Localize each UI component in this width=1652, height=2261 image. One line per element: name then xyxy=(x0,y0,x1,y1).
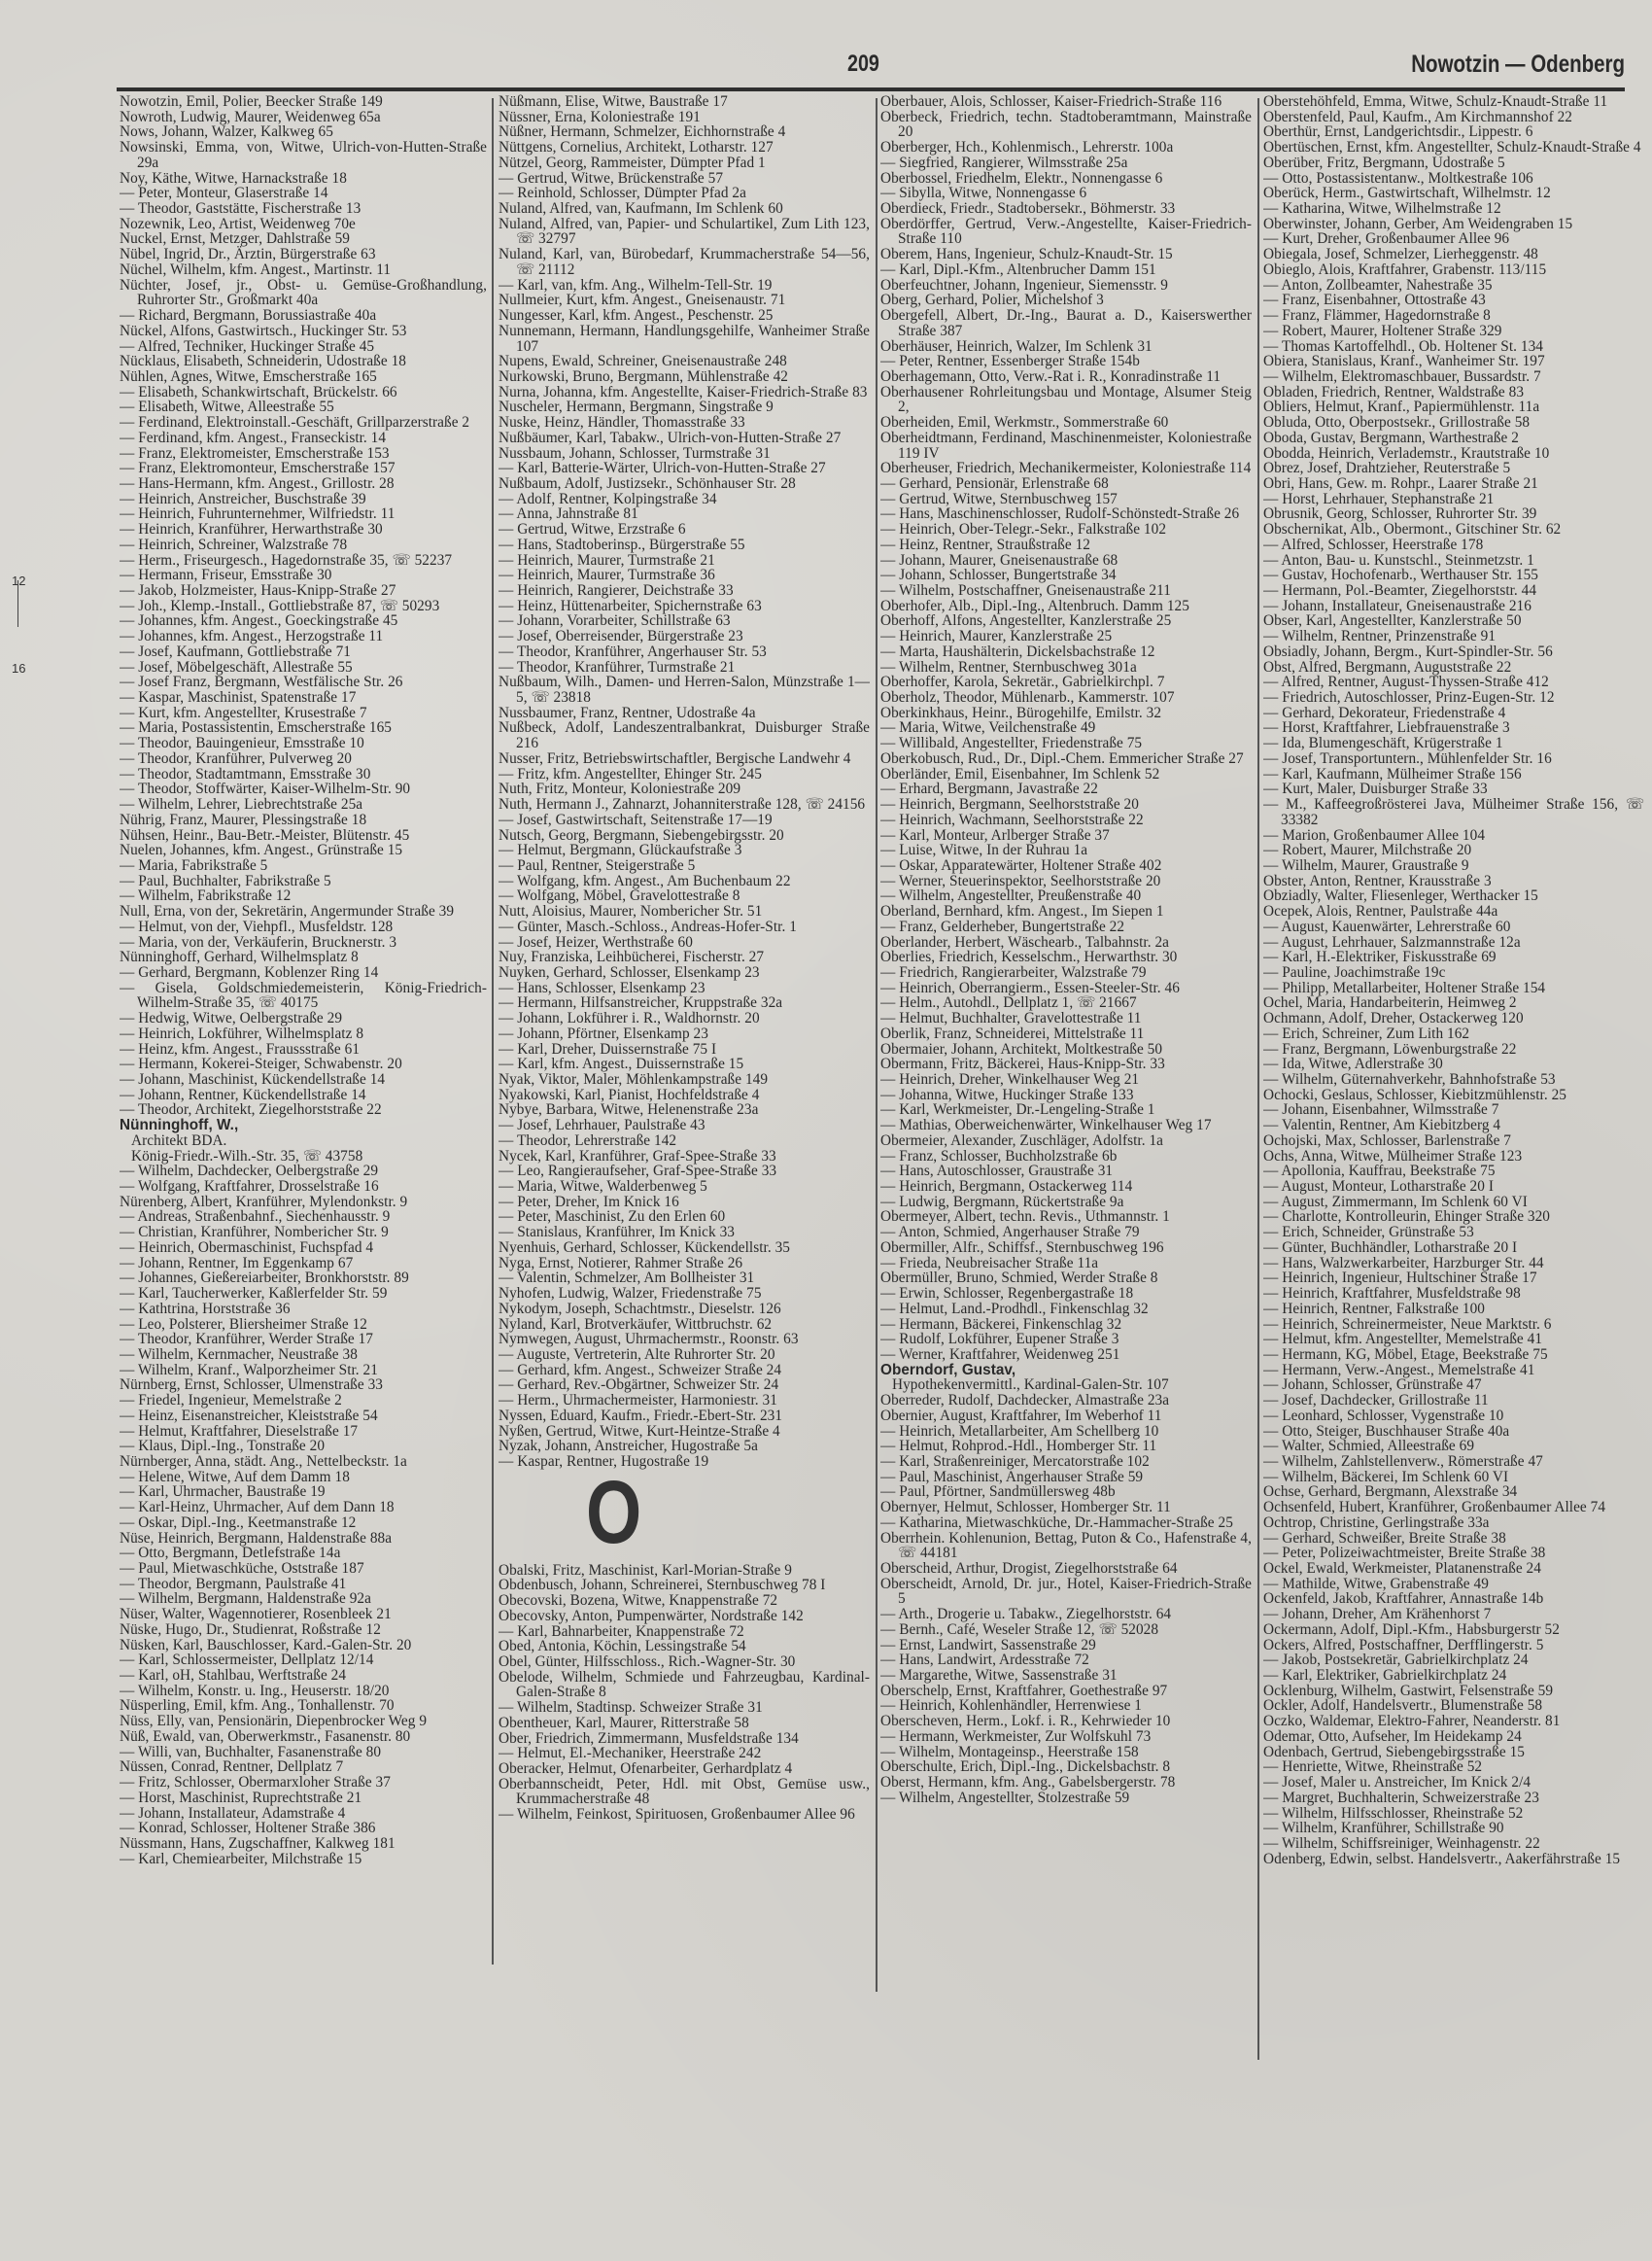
directory-subentry: — Anna, Jahnstraße 81 xyxy=(499,506,870,522)
directory-entry: Nuth, Fritz, Monteur, Koloniestraße 209 xyxy=(499,782,870,797)
directory-entry: Obster, Anton, Rentner, Krausstraße 3 xyxy=(1263,874,1644,889)
directory-subentry: — Karl, Batterie-Wärter, Ulrich-von-Hutt… xyxy=(499,461,870,476)
directory-subentry: — Theodor, Kranführer, Werder Straße 17 xyxy=(120,1332,487,1347)
directory-subentry: — Apollonia, Kauffrau, Beekstraße 75 xyxy=(1263,1164,1644,1179)
directory-subentry: — Bernh., Café, Weseler Straße 12, ☏ 520… xyxy=(880,1622,1252,1638)
directory-subentry: — Kurt, kfm. Angestellter, Krusestraße 7 xyxy=(120,706,487,721)
directory-subentry: — Wilhelm, Kranführer, Schillstraße 90 xyxy=(1263,1821,1644,1836)
directory-subentry: — Hans, Walzwerkarbeiter, Harzburger Str… xyxy=(1263,1256,1644,1271)
directory-subentry: — Johann, Lokführer i. R., Waldhornstr. … xyxy=(499,1011,870,1026)
directory-subentry: — Johann, Vorarbeiter, Schillstraße 63 xyxy=(499,613,870,629)
directory-entry: Odenberg, Edwin, selbst. Handelsvertr., … xyxy=(1263,1852,1644,1867)
directory-subentry: — Wilhelm, Angestellter, Stolzestraße 59 xyxy=(880,1791,1252,1806)
directory-subentry: — Heinz, Eisenanstreicher, Kleiststraße … xyxy=(120,1409,487,1424)
directory-subentry: — Wilhelm, Postschaffner, Gneisenaustraß… xyxy=(880,583,1252,599)
directory-subentry: — Oskar, Dipl.-Ing., Keetmanstraße 12 xyxy=(120,1515,487,1531)
directory-subentry: — Hermann, Verw.-Angest., Memelstraße 41 xyxy=(1263,1363,1644,1378)
directory-entry: Odenbach, Gertrud, Siebengebirgsstraße 1… xyxy=(1263,1745,1644,1760)
directory-entry: Nowsinski, Emma, von, Witwe, Ulrich-von-… xyxy=(120,140,487,170)
directory-entry: Nühlen, Agnes, Witwe, Emscherstraße 165 xyxy=(120,369,487,385)
directory-entry-highlight: Nünninghoff, W., xyxy=(120,1118,487,1133)
directory-subentry: — Hermann, Pol.-Beamter, Ziegelhorststr.… xyxy=(1263,583,1644,599)
directory-subentry: — Paul, Mietwaschküche, Oststraße 187 xyxy=(120,1561,487,1577)
directory-entry: Nuscheler, Hermann, Bergmann, Singstraße… xyxy=(499,400,870,415)
directory-subentry: — Johanna, Witwe, Huckinger Straße 133 xyxy=(880,1088,1252,1103)
directory-entry: Oberück, Herm., Gastwirtschaft, Wilhelms… xyxy=(1263,186,1644,201)
directory-subentry: — Maria, Witwe, Walderbenweg 5 xyxy=(499,1179,870,1195)
directory-entry: Nuth, Hermann J., Zahnarzt, Johanniterst… xyxy=(499,797,870,813)
directory-subentry: — Heinrich, Obermaschinist, Fuchspfad 4 xyxy=(120,1240,487,1256)
directory-entry: Ochtrop, Christine, Gerlingstraße 33a xyxy=(1263,1515,1644,1531)
directory-subentry: — Thomas Kartoffelhdl., Ob. Holtener St.… xyxy=(1263,339,1644,355)
directory-subentry: — Gerhard, Bergmann, Koblenzer Ring 14 xyxy=(120,965,487,981)
directory-subentry: — Heinz, Hüttenarbeiter, Spichernstraße … xyxy=(499,599,870,614)
directory-entry: Obel, Günter, Hilfsschloss., Rich.-Wagne… xyxy=(499,1654,870,1670)
directory-entry: Nows, Johann, Walzer, Kalkweg 65 xyxy=(120,124,487,140)
directory-entry: Obermeyer, Albert, techn. Revis., Uthman… xyxy=(880,1209,1252,1225)
directory-entry: Obluda, Otto, Oberpostsekr., Grillostraß… xyxy=(1263,415,1644,431)
directory-entry: Ochse, Gerhard, Bergmann, Alexstraße 34 xyxy=(1263,1484,1644,1500)
directory-subentry: — Leo, Polsterer, Bliersheimer Straße 12 xyxy=(120,1317,487,1333)
directory-subentry: — Karl, Dipl.-Kfm., Altenbrucher Damm 15… xyxy=(880,262,1252,278)
directory-subentry: — Heinrich, Kohlenhändler, Herrenwiese 1 xyxy=(880,1698,1252,1714)
directory-subentry: — Willi, van, Buchhalter, Fasanenstraße … xyxy=(120,1745,487,1760)
column-1: Nowotzin, Emil, Polier, Beecker Straße 1… xyxy=(120,94,487,1866)
directory-entry: Obertüschen, Ernst, kfm. Angestellter, S… xyxy=(1263,140,1644,156)
directory-entry: Oberheiden, Emil, Werkmstr., Sommerstraß… xyxy=(880,415,1252,431)
directory-subentry: — Paul, Maschinist, Angerhauser Straße 5… xyxy=(880,1470,1252,1485)
directory-subentry: — Helmut, El.-Mechaniker, Heerstraße 242 xyxy=(499,1746,870,1761)
directory-subentry: — Josef, Oberreisender, Bürgerstraße 23 xyxy=(499,629,870,644)
directory-subentry: — Fritz, Schlosser, Obermarxloher Straße… xyxy=(120,1775,487,1791)
directory-entry: Nyak, Viktor, Maler, Möhlenkampstraße 14… xyxy=(499,1072,870,1088)
directory-subentry: — Mathias, Oberweichenwärter, Winkelhaus… xyxy=(880,1118,1252,1133)
directory-subentry: — Heinrich, Ober-Telegr.-Sekr., Falkstra… xyxy=(880,522,1252,538)
directory-subentry: — Wilhelm, Feinkost, Spirituosen, Großen… xyxy=(499,1807,870,1823)
directory-entry: Nuland, Alfred, van, Kaufmann, Im Schlen… xyxy=(499,201,870,217)
directory-subentry: — Friedrich, Autoschlosser, Prinz-Eugen-… xyxy=(1263,690,1644,706)
directory-entry: Oberdörffer, Gertrud, Verw.-Angestellte,… xyxy=(880,217,1252,247)
directory-subentry: — Franz, Schlosser, Buchholzstraße 6b xyxy=(880,1149,1252,1165)
directory-subentry: — Ida, Witwe, Adlerstraße 30 xyxy=(1263,1057,1644,1072)
directory-entry: Oberstenfeld, Paul, Kaufm., Am Kirchmann… xyxy=(1263,110,1644,125)
directory-subentry: — Friedel, Ingenieur, Memelstraße 2 xyxy=(120,1393,487,1409)
directory-subentry: — Katharina, Witwe, Wilhelmstraße 12 xyxy=(1263,201,1644,217)
directory-subentry: — Horst, Kraftfahrer, Liebfrauenstraße 3 xyxy=(1263,720,1644,736)
directory-columns: Nowotzin, Emil, Polier, Beecker Straße 1… xyxy=(0,94,1652,2261)
directory-subentry: — Gertrud, Witwe, Erzstraße 6 xyxy=(499,522,870,538)
entry-name: Nünninghoff, W., xyxy=(120,1117,238,1133)
directory-entry: Obodda, Heinrich, Verlademstr., Krautstr… xyxy=(1263,446,1644,462)
directory-entry: Ochojski, Max, Schlosser, Barlenstraße 7 xyxy=(1263,1133,1644,1149)
directory-subentry: — Heinrich, Dreher, Winkelhauser Weg 21 xyxy=(880,1072,1252,1088)
directory-subentry: — Karl, Chemiearbeiter, Milchstraße 15 xyxy=(120,1852,487,1867)
directory-subentry: — Karl, Bahnarbeiter, Knappenstraße 72 xyxy=(499,1624,870,1640)
directory-entry: Oberg, Gerhard, Polier, Michelshof 3 xyxy=(880,293,1252,308)
directory-subentry: — Helmut, Bergmann, Glückaufstraße 3 xyxy=(499,843,870,858)
directory-subentry: — Karl, Taucherwerker, Kaßlerfelder Str.… xyxy=(120,1286,487,1302)
directory-subentry: — Franz, Gelderheber, Bungertstraße 22 xyxy=(880,920,1252,935)
directory-subentry: — Karl, Kaufmann, Mülheimer Straße 156 xyxy=(1263,767,1644,783)
directory-subentry: — Reinhold, Schlosser, Dümpter Pfad 2a xyxy=(499,186,870,201)
directory-entry: Nuelen, Johannes, kfm. Angest., Grünstra… xyxy=(120,843,487,858)
directory-subentry: — Maria, Fabrikstraße 5 xyxy=(120,858,487,874)
directory-subentry: — Hans, Maschinenschlosser, Rudolf-Schön… xyxy=(880,506,1252,522)
directory-entry: Nussbaumer, Franz, Rentner, Udostraße 4a xyxy=(499,706,870,721)
directory-subentry: — Johann, Installateur, Gneisenaustraße … xyxy=(1263,599,1644,614)
directory-subentry: — Karl, Elektriker, Gabrielkirchplatz 24 xyxy=(1263,1668,1644,1684)
directory-subentry: — Kurt, Maler, Duisburger Straße 33 xyxy=(1263,782,1644,797)
directory-subentry: — Karl, H.-Elektriker, Fiskusstraße 69 xyxy=(1263,950,1644,965)
directory-entry: Oberthür, Ernst, Landgerichtsdir., Lippe… xyxy=(1263,124,1644,140)
directory-subentry: — Theodor, Stadtamtmann, Emsstraße 30 xyxy=(120,767,487,783)
directory-subentry: — Wilhelm, Montageinsp., Heerstraße 158 xyxy=(880,1745,1252,1760)
directory-entry: Nunnemann, Hermann, Handlungsgehilfe, Wa… xyxy=(499,324,870,354)
directory-entry: Nuy, Franziska, Leihbücherei, Fischerstr… xyxy=(499,950,870,965)
directory-entry: Obrusnik, Georg, Schlosser, Ruhrorter St… xyxy=(1263,506,1644,522)
directory-subentry: — Wilhelm, Schiffsreiniger, Weinhagenstr… xyxy=(1263,1836,1644,1852)
directory-subentry: — Josef, Transportuntern., Mühlenfelder … xyxy=(1263,751,1644,767)
directory-entry: Oberbannscheidt, Peter, Hdl. mit Obst, G… xyxy=(499,1777,870,1807)
column-3: Oberbauer, Alois, Schlosser, Kaiser-Frie… xyxy=(880,94,1252,1806)
directory-subentry: — Gertrud, Witwe, Brückenstraße 57 xyxy=(499,171,870,187)
section-letter: O xyxy=(499,1470,870,1563)
directory-entry: Ochs, Anna, Witwe, Mülheimer Straße 123 xyxy=(1263,1149,1644,1165)
directory-subentry: — Theodor, Bergmann, Paulstraße 41 xyxy=(120,1577,487,1592)
directory-subentry: — Josef, Kaufmann, Gottliebstraße 71 xyxy=(120,644,487,660)
page-header: 209 Nowotzin — Odenberg xyxy=(107,51,1625,84)
directory-subentry: — Margarethe, Witwe, Sassenstraße 31 xyxy=(880,1668,1252,1684)
directory-entry: Oberacker, Helmut, Ofenarbeiter, Gerhard… xyxy=(499,1761,870,1777)
directory-subentry: — Peter, Maschinist, Zu den Erlen 60 xyxy=(499,1209,870,1225)
directory-entry: Nutt, Aloisius, Maurer, Nombericher Str.… xyxy=(499,904,870,920)
directory-subentry: — Josef, Gastwirtschaft, Seitenstraße 17… xyxy=(499,813,870,828)
directory-entry: Ockers, Alfred, Postschaffner, Derffling… xyxy=(1263,1638,1644,1653)
directory-subentry: — Wilhelm, Zahlstellenverw., Römerstraße… xyxy=(1263,1454,1644,1470)
directory-subentry: — Helmut, kfm. Angestellter, Memelstraße… xyxy=(1263,1332,1644,1347)
directory-entry: Oberhäuser, Heinrich, Walzer, Im Schlenk… xyxy=(880,339,1252,355)
directory-entry: Nübel, Ingrid, Dr., Ärztin, Bürgerstraße… xyxy=(120,247,487,262)
directory-entry: Nüsken, Karl, Bauschlosser, Kard.-Galen-… xyxy=(120,1638,487,1653)
directory-entry: Ober, Friedrich, Zimmermann, Musfeldstra… xyxy=(499,1731,870,1747)
directory-subentry: — Gerhard, Dekorateur, Friedenstraße 4 xyxy=(1263,706,1644,721)
directory-subentry: — Heinrich, Bergmann, Ostackerweg 114 xyxy=(880,1179,1252,1195)
directory-entry: Nühsen, Heinr., Bau-Betr.-Meister, Blüte… xyxy=(120,828,487,844)
directory-entry: Nücklaus, Elisabeth, Schneiderin, Udostr… xyxy=(120,354,487,369)
directory-subentry: — Otto, Bergmann, Detlefstraße 14a xyxy=(120,1546,487,1561)
directory-subentry: — Wilhelm, Konstr. u. Ing., Heuserstr. 1… xyxy=(120,1684,487,1699)
directory-entry: Nungesser, Karl, kfm. Angest., Peschenst… xyxy=(499,308,870,324)
directory-subentry: — Werner, Steuerinspektor, Seelhorststra… xyxy=(880,874,1252,889)
directory-entry: Nyhofen, Ludwig, Walzer, Friedenstraße 7… xyxy=(499,1286,870,1302)
directory-subentry: — Ferdinand, Elektroinstall.-Geschäft, G… xyxy=(120,415,487,431)
directory-subentry: — Anton, Schmied, Angerhauser Straße 79 xyxy=(880,1225,1252,1240)
directory-subentry: — Heinrich, Maurer, Turmstraße 21 xyxy=(499,553,870,569)
directory-entry: Ockenfeld, Jakob, Kraftfahrer, Annastraß… xyxy=(1263,1591,1644,1607)
directory-subentry: — Paul, Rentner, Steigerstraße 5 xyxy=(499,858,870,874)
directory-entry: Nußbaum, Adolf, Justizsekr., Schönhauser… xyxy=(499,476,870,492)
directory-subentry: — Wilhelm, Fabrikstraße 12 xyxy=(120,888,487,904)
directory-entry: Nuske, Heinz, Händler, Thomasstraße 33 xyxy=(499,415,870,431)
directory-subentry: — Wilhelm, Bergmann, Haldenstraße 92a xyxy=(120,1591,487,1607)
directory-entry: Oberhausener Rohrleitungsbau und Montage… xyxy=(880,385,1252,415)
directory-subentry: — Franz, Bergmann, Löwenburgstraße 22 xyxy=(1263,1042,1644,1058)
directory-subentry: — Fritz, kfm. Angestellter, Ehinger Str.… xyxy=(499,767,870,783)
directory-subentry: — Johann, Installateur, Adamstraße 4 xyxy=(120,1806,487,1822)
directory-entry: Nüchter, Josef, jr., Obst- u. Gemüse-Gro… xyxy=(120,278,487,308)
directory-subentry: — Herm., Uhrmachermeister, Harmoniestr. … xyxy=(499,1393,870,1409)
directory-subentry: — Otto, Postassistentanw., Moltkestraße … xyxy=(1263,171,1644,187)
directory-subentry: — Theodor, Kranführer, Turmstraße 21 xyxy=(499,660,870,676)
directory-entry: Nuland, Alfred, van, Papier- und Schular… xyxy=(499,217,870,247)
directory-subentry: — Johann, Eisenbahner, Wilmsstraße 7 xyxy=(1263,1102,1644,1118)
directory-subentry: — Wilhelm, Elektromaschbauer, Bussardstr… xyxy=(1263,369,1644,385)
directory-subentry: — Heinrich, Maurer, Turmstraße 36 xyxy=(499,568,870,583)
directory-subentry: — Karl, Werkmeister, Dr.-Lengeling-Straß… xyxy=(880,1102,1252,1118)
directory-entry: Obieglo, Alois, Kraftfahrer, Grabenstr. … xyxy=(1263,262,1644,278)
directory-subentry: — Pauline, Joachimstraße 19c xyxy=(1263,965,1644,981)
directory-subentry: — Franz, Elektromeister, Emscherstraße 1… xyxy=(120,446,487,462)
directory-subentry: — Mathilde, Witwe, Grabenstraße 49 xyxy=(1263,1577,1644,1592)
directory-entry: Oberheuser, Friedrich, Mechanikermeister… xyxy=(880,461,1252,476)
directory-subentry: — Gerhard, Rev.-Obgärtner, Schweizer Str… xyxy=(499,1377,870,1393)
directory-subentry: — Friedrich, Rangierarbeiter, Walzstraße… xyxy=(880,965,1252,981)
directory-subentry: — Karl, Straßenreiniger, Mercatorstraße … xyxy=(880,1454,1252,1470)
directory-entry: Nünninghoff, Gerhard, Wilhelmsplatz 8 xyxy=(120,950,487,965)
directory-entry: Ochocki, Geslaus, Schlosser, Kiebitzmühl… xyxy=(1263,1088,1644,1103)
directory-entry: Obermeier, Alexander, Zuschläger, Adolfs… xyxy=(880,1133,1252,1149)
directory-subentry: — Wilhelm, Güternahverkehr, Bahnhofstraß… xyxy=(1263,1072,1644,1088)
directory-entry: Obergefell, Albert, Dr.-Ing., Baurat a. … xyxy=(880,308,1252,338)
entry-detail-line: Hypothekenvermittl., Kardinal-Galen-Str.… xyxy=(880,1377,1252,1393)
directory-subentry: — Erich, Schreiner, Zum Lith 162 xyxy=(1263,1026,1644,1042)
header-rule xyxy=(117,87,1625,91)
directory-subentry: — Helmut, Kraftfahrer, Dieselstraße 17 xyxy=(120,1424,487,1440)
directory-subentry: — Ida, Blumengeschäft, Krügerstraße 1 xyxy=(1263,736,1644,751)
directory-subentry: — Josef, Dachdecker, Grillostraße 11 xyxy=(1263,1393,1644,1409)
directory-subentry: — Adolf, Rentner, Kolpingstraße 34 xyxy=(499,492,870,507)
directory-subentry: — Gisela, Goldschmiedemeisterin, König-F… xyxy=(120,981,487,1011)
directory-entry: Nyzak, Johann, Anstreicher, Hugostraße 5… xyxy=(499,1439,870,1454)
directory-entry: Nüssmann, Hans, Zugschaffner, Kalkweg 18… xyxy=(120,1836,487,1852)
directory-entry: Nuyken, Gerhard, Schlosser, Elsenkamp 23 xyxy=(499,965,870,981)
directory-entry: Nußbäumer, Karl, Tabakw., Ulrich-von-Hut… xyxy=(499,431,870,446)
directory-entry: Oberem, Hans, Ingenieur, Schulz-Knaudt-S… xyxy=(880,247,1252,262)
directory-subentry: — Ludwig, Bergmann, Rückertstraße 9a xyxy=(880,1195,1252,1210)
directory-entry: Oberländer, Emil, Eisenbahner, Im Schlen… xyxy=(880,767,1252,783)
directory-subentry: — Hans, Landwirt, Ardesstraße 72 xyxy=(880,1652,1252,1668)
directory-subentry: — Kathtrina, Horststraße 36 xyxy=(120,1302,487,1317)
directory-subentry: — Heinrich, Ingenieur, Hultschiner Straß… xyxy=(1263,1270,1644,1286)
directory-entry: Oberhoff, Alfons, Angestellter, Kanzlers… xyxy=(880,613,1252,629)
directory-subentry: — Erich, Schneider, Grünstraße 53 xyxy=(1263,1225,1644,1240)
directory-subentry: — Robert, Maurer, Milchstraße 20 xyxy=(1263,843,1644,858)
directory-subentry: — Karl, oH, Stahlbau, Werftstraße 24 xyxy=(120,1668,487,1684)
directory-subentry: — Herm., Friseurgesch., Hagedornstraße 3… xyxy=(120,553,487,569)
entry-detail-line: König-Friedr.-Wilh.-Str. 35, ☏ 43758 xyxy=(120,1149,487,1165)
directory-subentry: — Wolfgang, Möbel, Gravelottestraße 8 xyxy=(499,888,870,904)
directory-subentry: — Peter, Rentner, Essenberger Straße 154… xyxy=(880,354,1252,369)
column-divider xyxy=(876,98,878,1992)
directory-subentry: — Erhard, Bergmann, Javastraße 22 xyxy=(880,782,1252,797)
directory-subentry: — Josef, Heizer, Werthstraße 60 xyxy=(499,935,870,951)
directory-entry: Nyland, Karl, Brotverkäufer, Wittbruchst… xyxy=(499,1317,870,1333)
directory-subentry: — Theodor, Kranführer, Angerhauser Str. … xyxy=(499,644,870,660)
directory-subentry: — Robert, Maurer, Holtener Straße 329 xyxy=(1263,324,1644,339)
directory-subentry: — Heinrich, Bergmann, Seelhorststraße 20 xyxy=(880,797,1252,813)
directory-subentry: — Heinrich, Schreinermeister, Neue Markt… xyxy=(1263,1317,1644,1333)
directory-subentry: — Gerhard, Schweißer, Breite Straße 38 xyxy=(1263,1531,1644,1547)
directory-subentry: — Anton, Zollbeamter, Nahestraße 35 xyxy=(1263,278,1644,294)
directory-subentry: — Hans, Schlosser, Elsenkamp 23 xyxy=(499,981,870,996)
directory-subentry: — Werner, Kraftfahrer, Weidenweg 251 xyxy=(880,1347,1252,1363)
directory-subentry: — Johann, Maschinist, Kückendellstraße 1… xyxy=(120,1072,487,1088)
directory-entry: Oberberger, Hch., Kohlenmisch., Lehrerst… xyxy=(880,140,1252,156)
column-4: Oberstehöhfeld, Emma, Witwe, Schulz-Knau… xyxy=(1263,94,1644,1866)
directory-entry: Nusser, Fritz, Betriebswirtschaftler, Be… xyxy=(499,751,870,767)
directory-subentry: — Günter, Buchhändler, Lotharstraße 20 I xyxy=(1263,1240,1644,1256)
directory-subentry: — Konrad, Schlosser, Holtener Straße 386 xyxy=(120,1821,487,1836)
directory-subentry: — Jakob, Holzmeister, Haus-Knipp-Straße … xyxy=(120,583,487,599)
directory-subentry: — Rudolf, Lokführer, Eupener Straße 3 xyxy=(880,1332,1252,1347)
directory-entry: Obiegala, Josef, Schmelzer, Lierheggenst… xyxy=(1263,247,1644,262)
directory-entry: Obelode, Wilhelm, Schmiede und Fahrzeugb… xyxy=(499,1670,870,1700)
directory-entry: Obecovsky, Anton, Pumpenwärter, Nordstra… xyxy=(499,1609,870,1624)
directory-subentry: — Luise, Witwe, In der Ruhrau 1a xyxy=(880,843,1252,858)
directory-entry: Obermaier, Johann, Architekt, Moltkestra… xyxy=(880,1042,1252,1058)
directory-subentry: — Margret, Buchhalterin, Schweizerstraße… xyxy=(1263,1791,1644,1806)
directory-subentry: — Franz, Flämmer, Hagedornstraße 8 xyxy=(1263,308,1644,324)
directory-entry: Obed, Antonia, Köchin, Lessingstraße 54 xyxy=(499,1639,870,1654)
directory-subentry: — Wilhelm, Kernmacher, Neustraße 38 xyxy=(120,1347,487,1363)
directory-subentry: — Kaspar, Maschinist, Spatenstraße 17 xyxy=(120,690,487,706)
directory-subentry: — Jakob, Postsekretär, Gabrielkirchplatz… xyxy=(1263,1652,1644,1668)
directory-entry: Nüsperling, Emil, kfm. Ang., Tonhallenst… xyxy=(120,1698,487,1714)
directory-entry: Nüchel, Wilhelm, kfm. Angest., Martinstr… xyxy=(120,262,487,278)
directory-subentry: — Theodor, Bauingenieur, Emsstraße 10 xyxy=(120,736,487,751)
directory-subentry: — Wilhelm, Angestellter, Preußenstraße 4… xyxy=(880,888,1252,904)
directory-entry: Obrez, Josef, Drahtzieher, Reuterstraße … xyxy=(1263,461,1644,476)
directory-subentry: — Josef, Maler u. Anstreicher, Im Knick … xyxy=(1263,1775,1644,1791)
directory-subentry: — Sibylla, Witwe, Nonnengasse 6 xyxy=(880,186,1252,201)
directory-entry: Oczko, Waldemar, Elektro-Fahrer, Neander… xyxy=(1263,1714,1644,1729)
directory-subentry: — Hans-Hermann, kfm. Angest., Grillostr.… xyxy=(120,476,487,492)
directory-entry: Nuland, Karl, van, Bürobedarf, Krummache… xyxy=(499,247,870,277)
directory-subentry: — Peter, Dreher, Im Knick 16 xyxy=(499,1195,870,1210)
directory-entry: Nupens, Ewald, Schreiner, Gneisenaustraß… xyxy=(499,354,870,369)
directory-subentry: — Leo, Rangieraufseher, Graf-Spee-Straße… xyxy=(499,1164,870,1179)
directory-subentry: — Theodor, Kranführer, Pulverweg 20 xyxy=(120,751,487,767)
directory-subentry: — Leonhard, Schlosser, Vygenstraße 10 xyxy=(1263,1409,1644,1424)
directory-subentry: — Siegfried, Rangierer, Wilmsstraße 25a xyxy=(880,156,1252,171)
directory-subentry: — Josef, Möbelgeschäft, Allestraße 55 xyxy=(120,660,487,676)
entry-name: Oberndorf, Gustav, xyxy=(880,1362,1015,1378)
directory-subentry: — Horst, Lehrhauer, Stephanstraße 21 xyxy=(1263,492,1644,507)
directory-subentry: — Heinrich, Fuhrunternehmer, Wilfriedstr… xyxy=(120,506,487,522)
directory-entry: Oberst, Hermann, kfm. Ang., Gabelsberger… xyxy=(880,1775,1252,1791)
directory-subentry: — Karl-Heinz, Uhrmacher, Auf dem Dann 18 xyxy=(120,1500,487,1515)
directory-entry: Nykodym, Joseph, Schachtmstr., Dieselstr… xyxy=(499,1302,870,1317)
directory-subentry: — Hermann, Friseur, Emsstraße 30 xyxy=(120,568,487,583)
directory-subentry: — Hermann, Hilfsanstreicher, Kruppstraße… xyxy=(499,995,870,1011)
directory-entry: Oberhofer, Alb., Dipl.-Ing., Altenbruch.… xyxy=(880,599,1252,614)
directory-subentry: — Hermann, Kokerei-Steiger, Schwabenstr.… xyxy=(120,1057,487,1072)
directory-entry: Nüßner, Hermann, Schmelzer, Eichhornstra… xyxy=(499,124,870,140)
directory-entry: Nurkowski, Bruno, Bergmann, Mühlenstraße… xyxy=(499,369,870,385)
directory-subentry: — Johann, Pförtner, Elsenkamp 23 xyxy=(499,1026,870,1042)
directory-entry: Nymwegen, August, Uhrmachermstr., Roonst… xyxy=(499,1332,870,1347)
directory-subentry: — Otto, Steiger, Buschhauser Straße 40a xyxy=(1263,1424,1644,1440)
directory-subentry: — Heinrich, Anstreicher, Buschstraße 39 xyxy=(120,492,487,507)
directory-entry: Oberlander, Herbert, Wäschearb., Talbahn… xyxy=(880,935,1252,951)
directory-subentry: — Johannes, kfm. Angest., Goeckingstraße… xyxy=(120,613,487,629)
directory-subentry: — Marta, Haushälterin, Dickelsbachstraße… xyxy=(880,644,1252,660)
directory-subentry: — Helm., Autohdl., Dellplatz 1, ☏ 21667 xyxy=(880,995,1252,1011)
directory-entry: Oberüber, Fritz, Bergmann, Udostraße 5 xyxy=(1263,156,1644,171)
directory-entry: Obsiadly, Johann, Bergm., Kurt-Spindler-… xyxy=(1263,644,1644,660)
directory-entry: Noy, Käthe, Witwe, Harnackstraße 18 xyxy=(120,171,487,187)
directory-subentry: — Heinrich, Oberrangierm., Essen-Steeler… xyxy=(880,981,1252,996)
directory-subentry: — Johann, Dreher, Am Krähenhorst 7 xyxy=(1263,1607,1644,1622)
directory-subentry: — Heinrich, Rentner, Falkstraße 100 xyxy=(1263,1302,1644,1317)
directory-subentry: — Josef Franz, Bergmann, Westfälische St… xyxy=(120,675,487,690)
directory-entry: Oberhoffer, Karola, Sekretär., Gabrielki… xyxy=(880,675,1252,690)
directory-subentry: — Richard, Bergmann, Borussiastraße 40a xyxy=(120,308,487,324)
directory-entry: Oberscheid, Arthur, Drogist, Ziegelhorst… xyxy=(880,1561,1252,1577)
directory-entry: Oberschulte, Erich, Dipl.-Ing., Dickelsb… xyxy=(880,1759,1252,1775)
directory-subentry: — Frieda, Neubreisacher Straße 11a xyxy=(880,1256,1252,1271)
directory-subentry: — Heinrich, Kranführer, Herwarthstraße 3… xyxy=(120,522,487,538)
directory-subentry: — Karl, van, kfm. Ang., Wilhelm-Tell-Str… xyxy=(499,278,870,294)
directory-entry: Nycek, Karl, Kranführer, Graf-Spee-Straß… xyxy=(499,1149,870,1165)
directory-subentry: — Wilhelm, Bäckerei, Im Schlenk 60 VI xyxy=(1263,1470,1644,1485)
directory-subentry: — Heinrich, Maurer, Kanzlerstraße 25 xyxy=(880,629,1252,644)
directory-subentry: — Günter, Masch.-Schloss., Andreas-Hofer… xyxy=(499,920,870,935)
directory-subentry: — August, Zimmermann, Im Schlenk 60 VI xyxy=(1263,1195,1644,1210)
directory-entry: Obschernikat, Alb., Obermont., Gitschine… xyxy=(1263,522,1644,538)
column-divider xyxy=(492,98,494,1965)
directory-entry: Oberscheven, Herm., Lokf. i. R., Kehrwie… xyxy=(880,1714,1252,1729)
directory-entry: Oberstehöhfeld, Emma, Witwe, Schulz-Knau… xyxy=(1263,94,1644,110)
directory-entry: Nowroth, Ludwig, Maurer, Weidenweg 65a xyxy=(120,110,487,125)
directory-entry: Ockel, Ewald, Werkmeister, Platanenstraß… xyxy=(1263,1561,1644,1577)
directory-entry: Obermann, Fritz, Bäckerei, Haus-Knipp-St… xyxy=(880,1057,1252,1072)
running-head: Nowotzin — Odenberg xyxy=(1411,51,1625,79)
directory-subentry: — Johann, Rentner, Im Eggenkamp 67 xyxy=(120,1256,487,1271)
directory-entry: Nurna, Johanna, kfm. Angestellte, Kaiser… xyxy=(499,385,870,400)
directory-subentry: — Maria, von der, Verkäuferin, Bruckners… xyxy=(120,935,487,951)
directory-entry: Nürnberger, Anna, städt. Ang., Nettelbec… xyxy=(120,1454,487,1470)
directory-subentry: — Paul, Buchhalter, Fabrikstraße 5 xyxy=(120,874,487,889)
directory-subentry: — Gertrud, Witwe, Sternbuschweg 157 xyxy=(880,492,1252,507)
directory-subentry: — Maria, Witwe, Veilchenstraße 49 xyxy=(880,720,1252,736)
directory-entry: Oberwinster, Johann, Gerber, Am Weidengr… xyxy=(1263,217,1644,232)
directory-subentry: — Heinrich, Kraftfahrer, Musfeldstraße 9… xyxy=(1263,1286,1644,1302)
page-number: 209 xyxy=(847,51,879,78)
directory-subentry: — Theodor, Lehrerstraße 142 xyxy=(499,1133,870,1149)
directory-entry: Oberreder, Rudolf, Dachdecker, Almastraß… xyxy=(880,1393,1252,1409)
directory-subentry: — Johannes, kfm. Angest., Herzogstraße 1… xyxy=(120,629,487,644)
directory-entry: Oberschelp, Ernst, Kraftfahrer, Goethest… xyxy=(880,1684,1252,1699)
directory-entry: Null, Erna, von der, Sekretärin, Angermu… xyxy=(120,904,487,920)
directory-subentry: — Wilhelm, Maurer, Graustraße 9 xyxy=(1263,858,1644,874)
directory-subentry: — Theodor, Gaststätte, Fischerstraße 13 xyxy=(120,201,487,217)
directory-subentry: — Heinrich, Lokführer, Wilhelmsplatz 8 xyxy=(120,1026,487,1042)
directory-subentry: — Henriette, Witwe, Rheinstraße 52 xyxy=(1263,1759,1644,1775)
directory-subentry: — Theodor, Architekt, Ziegelhorststraße … xyxy=(120,1102,487,1118)
directory-subentry: — Anton, Bau- u. Kunstschl., Steinmetzst… xyxy=(1263,553,1644,569)
directory-entry: Ocepek, Alois, Rentner, Paulstraße 44a xyxy=(1263,904,1644,920)
